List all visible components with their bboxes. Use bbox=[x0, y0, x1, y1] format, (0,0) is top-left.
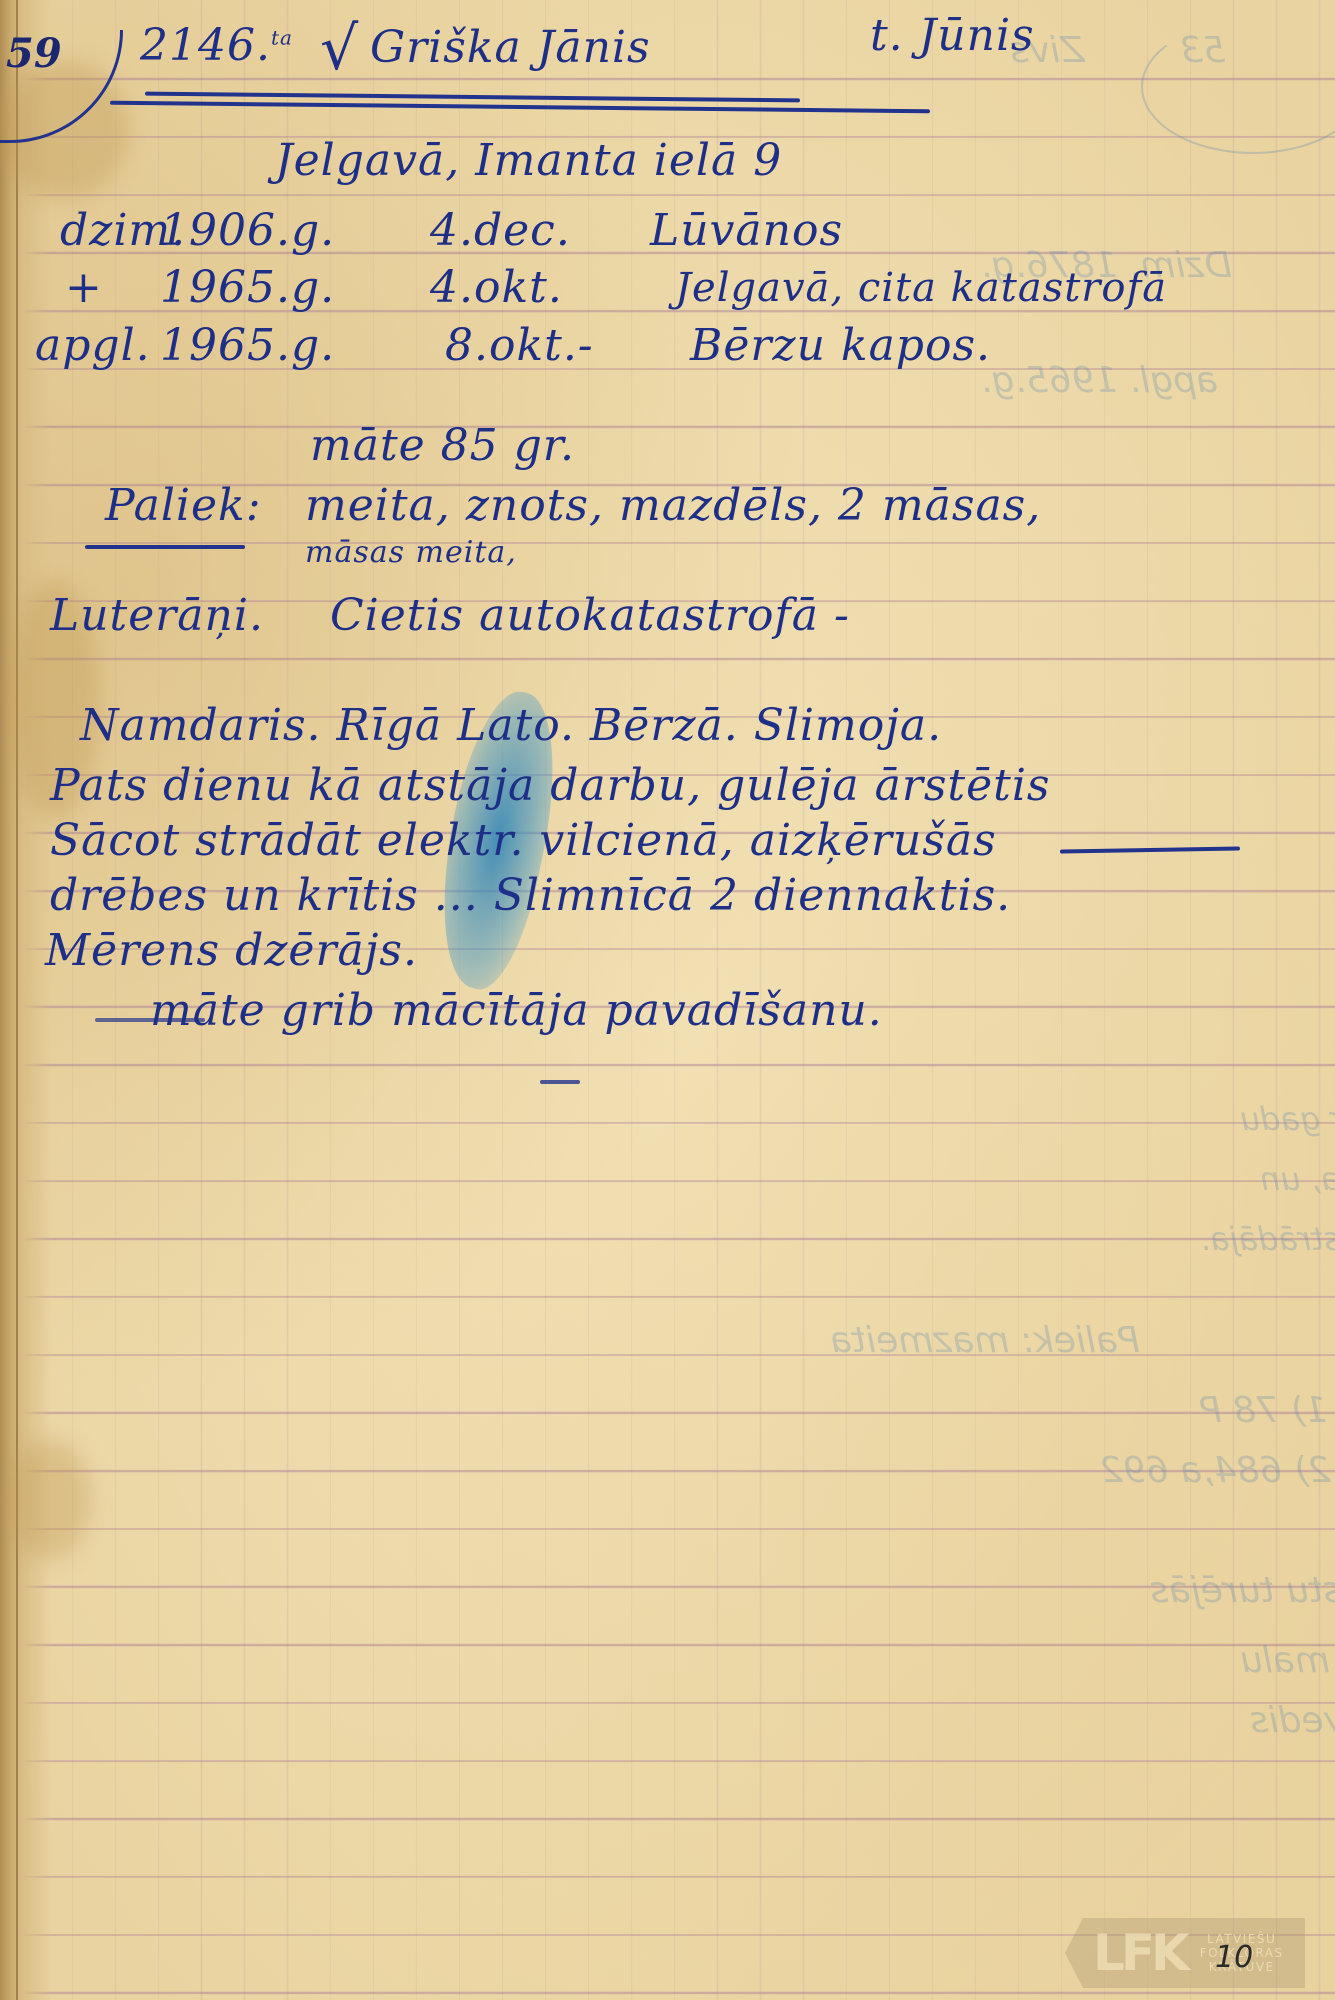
death-date: 4.okt. bbox=[430, 262, 563, 313]
narrative-line-1: Namdaris. Rīgā Lato. Bērzā. Slimoja. bbox=[80, 700, 942, 751]
archive-logo: LFK bbox=[1065, 1924, 1186, 1982]
address: Jelgavā, Imanta ielā 9 bbox=[275, 135, 782, 186]
death-place: Jelgavā, cita katastrofā bbox=[675, 265, 1167, 311]
bleed-text: 3 mēnesi vedis bbox=[1250, 1700, 1335, 1741]
survivors-line-1: meita, znots, mazdēls, 2 māsas, bbox=[305, 480, 1041, 531]
archive-watermark: LFK LATVIEŠU FOLKLORAS KRĀTUVE bbox=[1065, 1918, 1305, 1988]
person-name: Griška Jānis bbox=[370, 22, 651, 73]
entry-number: 59 bbox=[6, 30, 62, 77]
burial-date: 8.okt.- bbox=[445, 320, 594, 371]
narrative-line-6: māte grib mācītāja pavadīšanu. bbox=[150, 985, 883, 1036]
page-number: 10 bbox=[1215, 1940, 1253, 1975]
narrative-line-4: drēbes un krītis ... Slimnīcā 2 diennakt… bbox=[50, 870, 1011, 921]
birth-year: 1906.g. bbox=[160, 205, 335, 256]
mother-note: māte 85 gr. bbox=[310, 420, 575, 471]
margin-line bbox=[16, 0, 18, 2000]
record-suffix: ta bbox=[271, 25, 293, 49]
bleed-text: apgl. 1965.g. bbox=[980, 360, 1218, 401]
religion: Luterāņi. bbox=[50, 590, 264, 641]
bleed-text: Viņa dzīve bija ļoti grūta, un bbox=[1260, 1160, 1335, 1198]
narrative-line-5: Mērens dzērājs. bbox=[45, 925, 418, 976]
date-note: t. Jūnis bbox=[870, 10, 1035, 61]
birth-place: Lūvānos bbox=[650, 205, 843, 256]
bleed-text: 1) 78 P bbox=[1200, 1390, 1327, 1431]
narrative-line-2: Pats dienu kā atstāja darbu, gulēja ārst… bbox=[50, 760, 1050, 811]
cause-of-death: Cietis autokatastrofā - bbox=[330, 590, 850, 641]
torn-left-edge bbox=[0, 0, 52, 2000]
record-number-value: 2146. bbox=[140, 20, 271, 71]
bleed-text: Viņa Ļoti augstu turējās bbox=[1150, 1570, 1335, 1611]
ink-mark bbox=[540, 1080, 580, 1084]
notebook-page: 53 Zivs Dzim. 1876.g. apgl. 1965.g. Pali… bbox=[0, 0, 1335, 2000]
death-label: + bbox=[65, 262, 103, 313]
bleed-text: 3 malu bbox=[1240, 1640, 1335, 1681]
burial-place: Bērzu kapos. bbox=[690, 320, 991, 371]
survivors-label: Paliek: bbox=[105, 480, 262, 531]
record-number: 2146.ta bbox=[140, 20, 293, 71]
narrative-line-3: Sācot strādāt elektr. vilcienā, aizķēruš… bbox=[50, 815, 997, 866]
burial-label: apgl. bbox=[35, 320, 151, 371]
birth-date: 4.dec. bbox=[430, 205, 571, 256]
survivors-line-2: māsas meita, bbox=[305, 535, 517, 570]
bleed-text: Dzīve gāja ar gadu bbox=[1240, 1100, 1335, 1138]
survivors-underline bbox=[85, 545, 245, 549]
burial-year: 1965.g. bbox=[160, 320, 335, 371]
bleed-text: Kopš dienas strādāja. bbox=[1200, 1220, 1335, 1258]
death-year: 1965.g. bbox=[160, 262, 335, 313]
check-mark: √ bbox=[320, 14, 359, 84]
bleed-text: 2) 684,a 692 bbox=[1100, 1450, 1331, 1491]
bleed-text: Paliek: mazmeita bbox=[830, 1320, 1140, 1361]
water-stain bbox=[10, 1440, 90, 1560]
